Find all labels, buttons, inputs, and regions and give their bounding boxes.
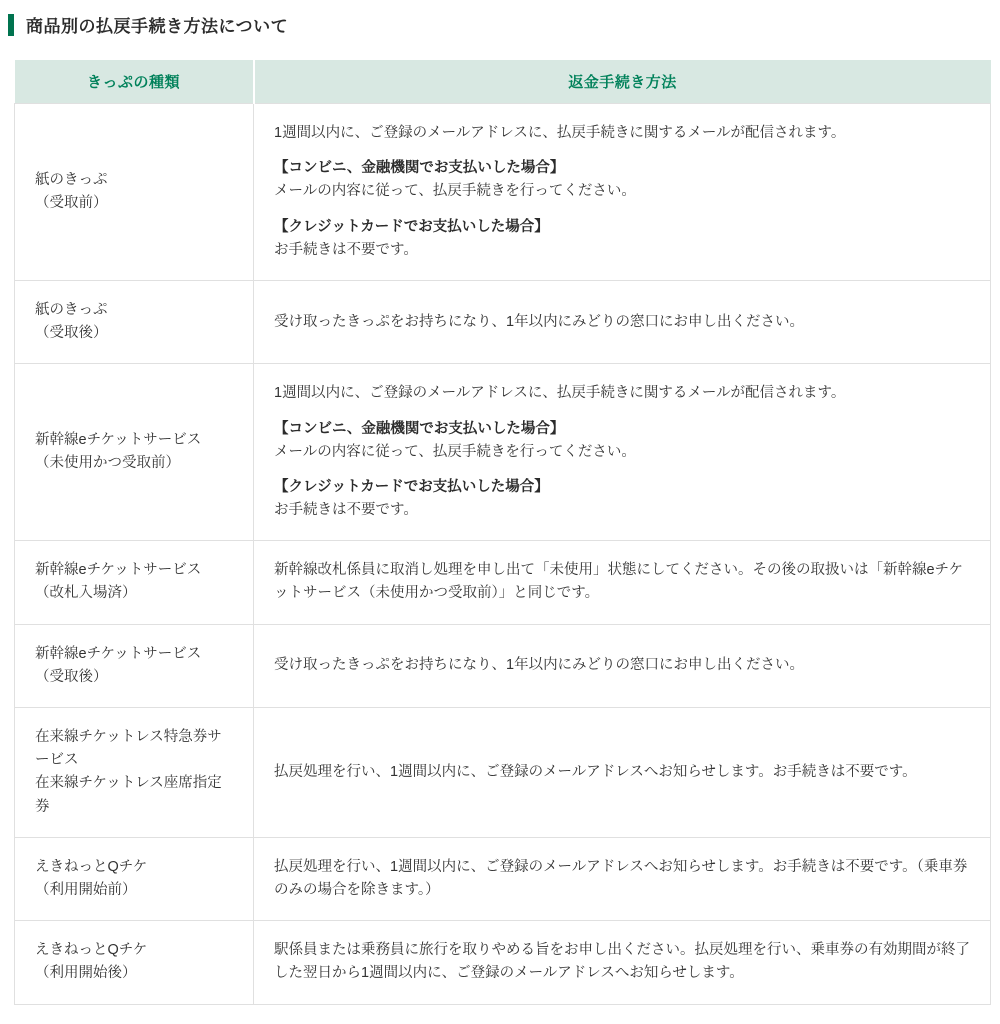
header-ticket-type: きっぷの種類 [15, 60, 254, 104]
ticket-type-line: 新幹線eチケットサービス [35, 429, 233, 452]
method-text: 受け取ったきっぷをお持ちになり、1年以内にみどりの窓口にお申し出ください。 [274, 311, 970, 334]
method-paragraph: 【クレジットカードでお支払いした場合】お手続きは不要です。 [274, 216, 970, 262]
ticket-type-line: 紙のきっぷ [35, 299, 233, 322]
refund-method-cell: 新幹線改札係員に取消し処理を申し出て「未使用」状態にしてください。その後の取扱い… [254, 541, 991, 624]
table-header: きっぷの種類 返金手続き方法 [15, 60, 991, 104]
refund-method-cell: 払戻処理を行い、1週間以内に、ご登録のメールアドレスへお知らせします。お手続きは… [254, 708, 991, 838]
ticket-type-line: （受取前） [35, 192, 233, 215]
ticket-type-cell: 新幹線eチケットサービス（改札入場済） [15, 541, 254, 624]
method-paragraph: 受け取ったきっぷをお持ちになり、1年以内にみどりの窓口にお申し出ください。 [274, 311, 970, 334]
ticket-type-cell: えきねっとQチケ（利用開始前） [15, 837, 254, 920]
table-row: 紙のきっぷ（受取後）受け取ったきっぷをお持ちになり、1年以内にみどりの窓口にお申… [15, 280, 991, 363]
method-text: お手続きは不要です。 [274, 239, 970, 262]
method-paragraph: 受け取ったきっぷをお持ちになり、1年以内にみどりの窓口にお申し出ください。 [274, 654, 970, 677]
table-row: えきねっとQチケ（利用開始後）駅係員または乗務員に旅行を取りやめる旨をお申し出く… [15, 921, 991, 1004]
table-row: 紙のきっぷ（受取前）1週間以内に、ご登録のメールアドレスに、払戻手続きに関するメ… [15, 104, 991, 281]
ticket-type-line: （利用開始後） [35, 962, 233, 985]
ticket-type-line: （未使用かつ受取前） [35, 452, 233, 475]
table-row: 新幹線eチケットサービス（改札入場済）新幹線改札係員に取消し処理を申し出て「未使… [15, 541, 991, 624]
method-text: 1週間以内に、ご登録のメールアドレスに、払戻手続きに関するメールが配信されます。 [274, 122, 970, 145]
table-row: えきねっとQチケ（利用開始前）払戻処理を行い、1週間以内に、ご登録のメールアドレ… [15, 837, 991, 920]
refund-procedure-table: きっぷの種類 返金手続き方法 紙のきっぷ（受取前）1週間以内に、ご登録のメールア… [14, 60, 991, 1005]
ticket-type-line: 在来線チケットレス特急券サービス [35, 726, 233, 772]
header-refund-method: 返金手続き方法 [254, 60, 991, 104]
method-text: 1週間以内に、ご登録のメールアドレスに、払戻手続きに関するメールが配信されます。 [274, 382, 970, 405]
ticket-type-cell: えきねっとQチケ（利用開始後） [15, 921, 254, 1004]
method-text: メールの内容に従って、払戻手続きを行ってください。 [274, 441, 970, 464]
refund-method-cell: 受け取ったきっぷをお持ちになり、1年以内にみどりの窓口にお申し出ください。 [254, 280, 991, 363]
method-paragraph: 【クレジットカードでお支払いした場合】お手続きは不要です。 [274, 476, 970, 522]
method-text: 駅係員または乗務員に旅行を取りやめる旨をお申し出ください。払戻処理を行い、乗車券… [274, 939, 970, 985]
table-row: 新幹線eチケットサービス（未使用かつ受取前）1週間以内に、ご登録のメールアドレス… [15, 364, 991, 541]
ticket-type-cell: 新幹線eチケットサービス（受取後） [15, 624, 254, 707]
ticket-type-cell: 新幹線eチケットサービス（未使用かつ受取前） [15, 364, 254, 541]
refund-method-cell: 払戻処理を行い、1週間以内に、ご登録のメールアドレスへお知らせします。お手続きは… [254, 837, 991, 920]
table-row: 在来線チケットレス特急券サービス在来線チケットレス座席指定券払戻処理を行い、1週… [15, 708, 991, 838]
refund-method-cell: 駅係員または乗務員に旅行を取りやめる旨をお申し出ください。払戻処理を行い、乗車券… [254, 921, 991, 1004]
page: 商品別の払戻手続き方法について きっぷの種類 返金手続き方法 紙のきっぷ（受取前… [0, 0, 1000, 1024]
ticket-type-line: 紙のきっぷ [35, 169, 233, 192]
table-body: 紙のきっぷ（受取前）1週間以内に、ご登録のメールアドレスに、払戻手続きに関するメ… [15, 104, 991, 1005]
method-heading: 【クレジットカードでお支払いした場合】 [274, 476, 970, 499]
method-paragraph: 1週間以内に、ご登録のメールアドレスに、払戻手続きに関するメールが配信されます。 [274, 122, 970, 145]
ticket-type-line: （受取後） [35, 666, 233, 689]
ticket-type-cell: 紙のきっぷ（受取後） [15, 280, 254, 363]
ticket-type-cell: 紙のきっぷ（受取前） [15, 104, 254, 281]
method-paragraph: 【コンビニ、金融機関でお支払いした場合】メールの内容に従って、払戻手続きを行って… [274, 157, 970, 203]
page-title: 商品別の払戻手続き方法について [26, 12, 288, 37]
method-paragraph: 新幹線改札係員に取消し処理を申し出て「未使用」状態にしてください。その後の取扱い… [274, 559, 970, 605]
method-text: 払戻処理を行い、1週間以内に、ご登録のメールアドレスへお知らせします。お手続きは… [274, 761, 970, 784]
ticket-type-line: えきねっとQチケ [35, 856, 233, 879]
ticket-type-line: （受取後） [35, 322, 233, 345]
method-heading: 【クレジットカードでお支払いした場合】 [274, 216, 970, 239]
ticket-type-line: えきねっとQチケ [35, 939, 233, 962]
method-paragraph: 払戻処理を行い、1週間以内に、ご登録のメールアドレスへお知らせします。お手続きは… [274, 761, 970, 784]
method-text: 受け取ったきっぷをお持ちになり、1年以内にみどりの窓口にお申し出ください。 [274, 654, 970, 677]
ticket-type-line: 新幹線eチケットサービス [35, 559, 233, 582]
method-text: 新幹線改札係員に取消し処理を申し出て「未使用」状態にしてください。その後の取扱い… [274, 559, 970, 605]
method-text: お手続きは不要です。 [274, 499, 970, 522]
method-heading: 【コンビニ、金融機関でお支払いした場合】 [274, 418, 970, 441]
method-paragraph: 【コンビニ、金融機関でお支払いした場合】メールの内容に従って、払戻手続きを行って… [274, 418, 970, 464]
section-title: 商品別の払戻手続き方法について [8, 12, 990, 37]
refund-method-cell: 1週間以内に、ご登録のメールアドレスに、払戻手続きに関するメールが配信されます。… [254, 364, 991, 541]
ticket-type-line: （改札入場済） [35, 582, 233, 605]
header-row: きっぷの種類 返金手続き方法 [15, 60, 991, 104]
refund-method-cell: 1週間以内に、ご登録のメールアドレスに、払戻手続きに関するメールが配信されます。… [254, 104, 991, 281]
method-paragraph: 払戻処理を行い、1週間以内に、ご登録のメールアドレスへお知らせします。お手続きは… [274, 856, 970, 902]
table-row: 新幹線eチケットサービス（受取後）受け取ったきっぷをお持ちになり、1年以内にみど… [15, 624, 991, 707]
refund-method-cell: 受け取ったきっぷをお持ちになり、1年以内にみどりの窓口にお申し出ください。 [254, 624, 991, 707]
method-text: メールの内容に従って、払戻手続きを行ってください。 [274, 180, 970, 203]
method-paragraph: 1週間以内に、ご登録のメールアドレスに、払戻手続きに関するメールが配信されます。 [274, 382, 970, 405]
method-paragraph: 駅係員または乗務員に旅行を取りやめる旨をお申し出ください。払戻処理を行い、乗車券… [274, 939, 970, 985]
ticket-type-line: 在来線チケットレス座席指定券 [35, 772, 233, 818]
title-accent-bar [8, 14, 14, 36]
ticket-type-line: （利用開始前） [35, 879, 233, 902]
ticket-type-cell: 在来線チケットレス特急券サービス在来線チケットレス座席指定券 [15, 708, 254, 838]
method-text: 払戻処理を行い、1週間以内に、ご登録のメールアドレスへお知らせします。お手続きは… [274, 856, 970, 902]
ticket-type-line: 新幹線eチケットサービス [35, 643, 233, 666]
method-heading: 【コンビニ、金融機関でお支払いした場合】 [274, 157, 970, 180]
